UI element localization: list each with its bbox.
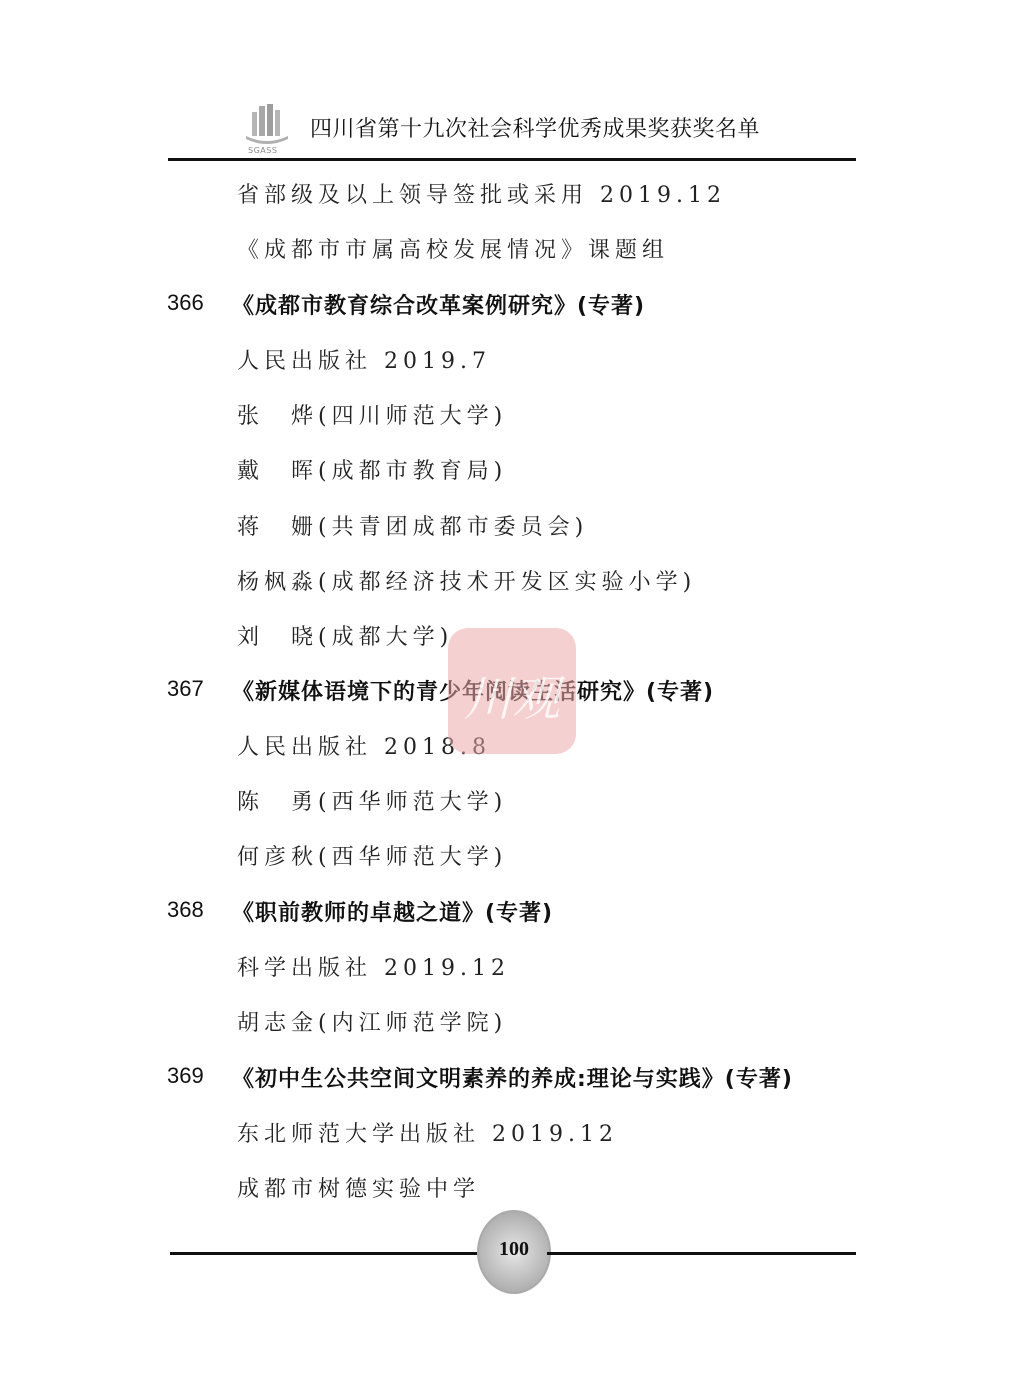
page-number: 100	[479, 1238, 549, 1261]
entry-line: 人民出版社 2019.7	[237, 344, 491, 375]
watermark: 川观	[448, 628, 576, 754]
entry-number: 369	[167, 1063, 204, 1089]
sgass-logo-icon: SGASS	[242, 102, 292, 158]
entry-title: 《职前教师的卓越之道》(专著)	[232, 896, 553, 927]
entry-title: 《初中生公共空间文明素养的养成:理论与实践》(专著)	[232, 1062, 793, 1093]
header-divider	[168, 158, 856, 161]
entry-number: 366	[167, 290, 204, 316]
entry-line: 蒋 姗(共青团成都市委员会)	[237, 510, 588, 541]
entry-line: 戴 晖(成都市教育局)	[237, 454, 507, 485]
entry-line: 何彦秋(西华师范大学)	[237, 840, 507, 871]
logo-text: SGASS	[248, 146, 277, 155]
page-title: 四川省第十九次社会科学优秀成果奖获奖名单	[310, 112, 760, 143]
footer-divider-left	[170, 1252, 477, 1255]
entry-line: 科学出版社 2019.12	[237, 951, 510, 982]
page-header: SGASS 四川省第十九次社会科学优秀成果奖获奖名单	[168, 96, 856, 162]
entry-line: 杨枫淼(成都经济技术开发区实验小学)	[237, 565, 696, 596]
watermark-text: 川观	[448, 660, 576, 729]
continuation-line: 省部级及以上领导签批或采用 2019.12	[237, 178, 726, 209]
entry-line: 张 烨(四川师范大学)	[237, 399, 507, 430]
entry-number: 367	[167, 676, 204, 702]
entry-line: 刘 晓(成都大学)	[237, 620, 453, 651]
page-number-badge: 100	[477, 1210, 551, 1294]
continuation-line: 《成都市市属高校发展情况》课题组	[237, 233, 669, 264]
entry-number: 368	[167, 897, 204, 923]
entry-line: 陈 勇(西华师范大学)	[237, 785, 507, 816]
footer-divider-right	[547, 1252, 856, 1255]
entry-line: 东北师范大学出版社 2019.12	[237, 1117, 618, 1148]
entry-line: 成都市树德实验中学	[237, 1172, 480, 1203]
entry-title: 《成都市教育综合改革案例研究》(专著)	[232, 289, 645, 320]
entry-line: 胡志金(内江师范学院)	[237, 1006, 507, 1037]
